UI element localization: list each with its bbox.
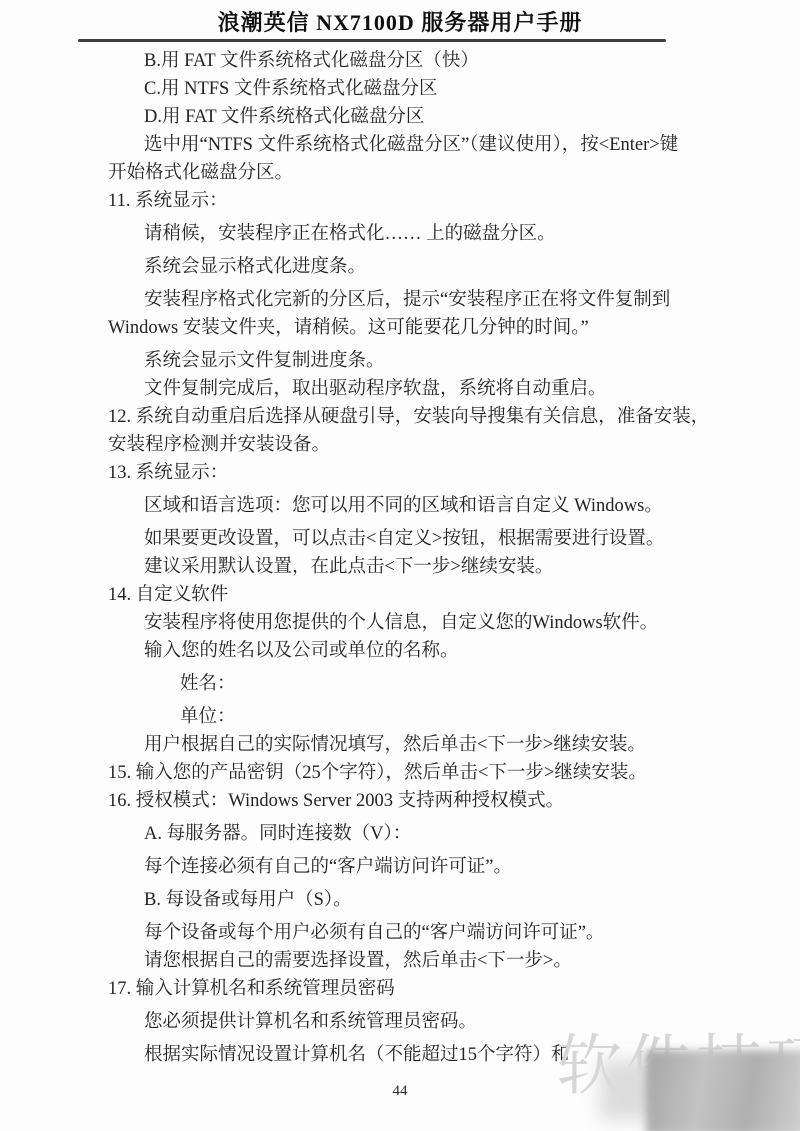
text-line: 如果要更改设置，可以点击<自定义>按钮，根据需要进行设置。 [144, 525, 780, 553]
text-line: 开始格式化磁盘分区。 [108, 159, 780, 187]
text-line: 单位： [180, 703, 780, 731]
text-line: 输入您的姓名以及公司或单位的名称。 [144, 637, 780, 665]
text-line: 12. 系统自动重启后选择从硬盘引导，安装向导搜集有关信息，准备安装， [108, 403, 780, 431]
header-rule [78, 39, 666, 42]
text-line: 每个设备或每个用户必须有自己的“客户端访问许可证”。 [144, 919, 780, 947]
manual-page: 浪潮英信 NX7100D 服务器用户手册 B.用 FAT 文件系统格式化磁盘分区… [0, 0, 800, 1131]
text-line: B.用 FAT 文件系统格式化磁盘分区（快） [144, 47, 780, 75]
text-line: 请您根据自己的需要选择设置，然后单击<下一步>。 [144, 947, 780, 975]
text-line: 安装程序检测并安装设备。 [108, 431, 780, 459]
text-line: 15. 输入您的产品密钥（25个字符），然后单击<下一步>继续安装。 [108, 759, 780, 787]
text-line: 17. 输入计算机名和系统管理员密码 [108, 975, 780, 1003]
page-number: 44 [393, 1083, 408, 1099]
text-line: B. 每设备或每用户（S）。 [144, 886, 780, 914]
text-line: 区域和语言选项：您可以用不同的区域和语言自定义 Windows。 [144, 492, 780, 520]
text-line: C.用 NTFS 文件系统格式化磁盘分区 [144, 75, 780, 103]
text-line: 每个连接必须有自己的“客户端访问许可证”。 [144, 853, 780, 881]
text-line: A. 每服务器。同时连接数（V）： [144, 820, 780, 848]
text-line: 系统会显示格式化进度条。 [144, 253, 780, 281]
scan-artifact-blob [646, 1050, 800, 1131]
text-line: 姓名： [180, 670, 780, 698]
page-title: 浪潮英信 NX7100D 服务器用户手册 [0, 6, 800, 37]
text-line: 14. 自定义软件 [108, 581, 780, 609]
page-body: B.用 FAT 文件系统格式化磁盘分区（快）C.用 NTFS 文件系统格式化磁盘… [108, 47, 780, 1069]
text-line: 13. 系统显示： [108, 459, 780, 487]
text-line: 11. 系统显示： [108, 187, 780, 215]
text-line: Windows 安装文件夹，请稍候。这可能要花几分钟的时间。” [108, 314, 780, 342]
text-line: D.用 FAT 文件系统格式化磁盘分区 [144, 103, 780, 131]
text-line: 请稍候，安装程序正在格式化…… 上的磁盘分区。 [144, 220, 780, 248]
text-line: 16. 授权模式：Windows Server 2003 支持两种授权模式。 [108, 787, 780, 815]
text-line: 用户根据自己的实际情况填写，然后单击<下一步>继续安装。 [144, 731, 780, 759]
text-line: 安装程序格式化完新的分区后，提示“安装程序正在将文件复制到 [144, 286, 780, 314]
text-line: 文件复制完成后，取出驱动程序软盘，系统将自动重启。 [144, 375, 780, 403]
text-line: 安装程序将使用您提供的个人信息，自定义您的Windows软件。 [144, 609, 780, 637]
text-line: 建议采用默认设置，在此点击<下一步>继续安装。 [144, 553, 780, 581]
text-line: 系统会显示文件复制进度条。 [144, 347, 780, 375]
text-line: 选中用“NTFS 文件系统格式化磁盘分区”（建议使用），按<Enter>键 [144, 131, 780, 159]
